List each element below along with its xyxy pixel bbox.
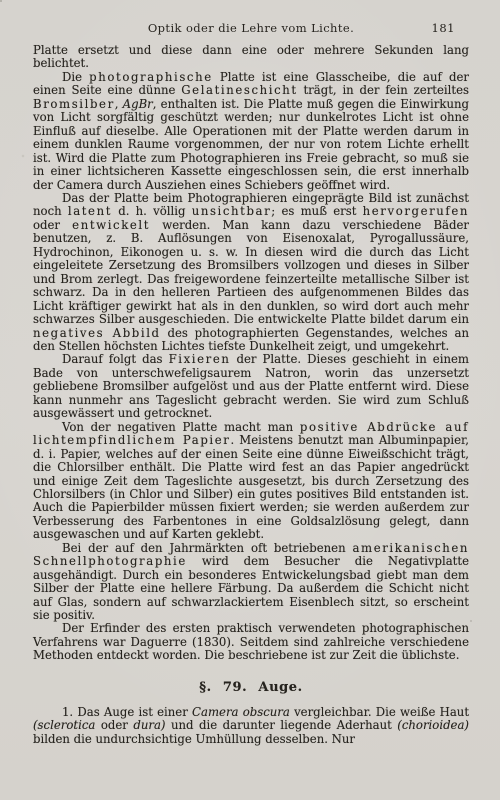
emphasized-text: Bromsilber (33, 97, 115, 111)
text-run: Bei der auf den Jahrmärkten oft betriebe… (62, 541, 352, 555)
text-run: 1. Das Auge ist einer (62, 705, 192, 719)
latin-term: dura) (133, 718, 165, 732)
emphasized-text: unsichtbar (192, 204, 272, 218)
section-heading: §. 79. Auge. (33, 680, 469, 695)
running-head: Optik oder die Lehre vom Lichte. 181 (33, 21, 469, 35)
paragraph: Platte ersetzt und diese dann eine oder … (33, 44, 469, 71)
text-run: Von der negativen Platte macht man (62, 420, 300, 434)
text-run: Darauf folgt das (62, 352, 169, 366)
latin-term: AgBr (123, 97, 153, 111)
text-run: ; es muß erst (271, 204, 362, 218)
latin-term: (chorioidea) (397, 718, 469, 732)
paragraph: Das der Platte beim Photographieren eing… (33, 192, 469, 353)
text-run: , enthalten ist. Die Platte muß gegen di… (33, 97, 469, 192)
text-run: vergleichbar. Die weiße Haut (290, 705, 469, 719)
emphasized-text: negatives Abbild (33, 326, 161, 340)
body-paragraphs: Platte ersetzt und diese dann eine oder … (33, 44, 469, 663)
paragraph: 1. Das Auge ist einer Camera obscura ver… (33, 706, 469, 746)
text-run: Platte ersetzt und diese dann eine oder … (33, 43, 469, 70)
emphasized-text: latent (68, 204, 112, 218)
paragraph: Der Erfinder des ersten praktisch verwen… (33, 622, 469, 662)
text-run: und die darunter liegende Aderhaut (165, 718, 397, 732)
latin-term: Camera obscura (192, 705, 290, 719)
text-run: d. h. völlig (112, 204, 192, 218)
body-text-column: Platte ersetzt und diese dann eine oder … (33, 44, 469, 746)
text-run: trägt, in der fein zerteiltes (298, 83, 469, 97)
text-run: , (115, 97, 123, 111)
book-page: Optik oder die Lehre vom Lichte. 181 Pla… (0, 0, 500, 800)
paragraph: Bei der auf den Jahrmärkten oft betriebe… (33, 542, 469, 623)
running-head-title: Optik oder die Lehre vom Lichte. (148, 21, 354, 35)
text-run: oder (95, 718, 133, 732)
emphasized-text: Fixieren (169, 352, 231, 366)
text-run: . Meistens benutzt man Albuminpapier, d.… (33, 433, 469, 541)
page-number: 181 (432, 21, 455, 35)
emphasized-text: entwickelt (72, 218, 150, 232)
text-run: Die (62, 70, 89, 84)
latin-term: (sclerotica (33, 718, 95, 732)
text-run: Der Erfinder des ersten praktisch verwen… (33, 621, 469, 662)
emphasized-text: Gelatineschicht (181, 83, 297, 97)
text-run: bilden die undurchsichtige Umhüllung des… (33, 732, 355, 746)
paragraph: Die photographische Platte ist eine Glas… (33, 71, 469, 192)
text-run: oder (33, 218, 72, 232)
paragraph: Von der negativen Platte macht man posit… (33, 421, 469, 542)
emphasized-text: hervorgerufen (363, 204, 469, 218)
text-run: werden. Man kann dazu verschiedene Bäder… (33, 218, 469, 326)
section-paragraphs: 1. Das Auge ist einer Camera obscura ver… (33, 706, 469, 746)
paragraph: Darauf folgt das Fixieren der Platte. Di… (33, 353, 469, 420)
emphasized-text: photographische (89, 70, 213, 84)
